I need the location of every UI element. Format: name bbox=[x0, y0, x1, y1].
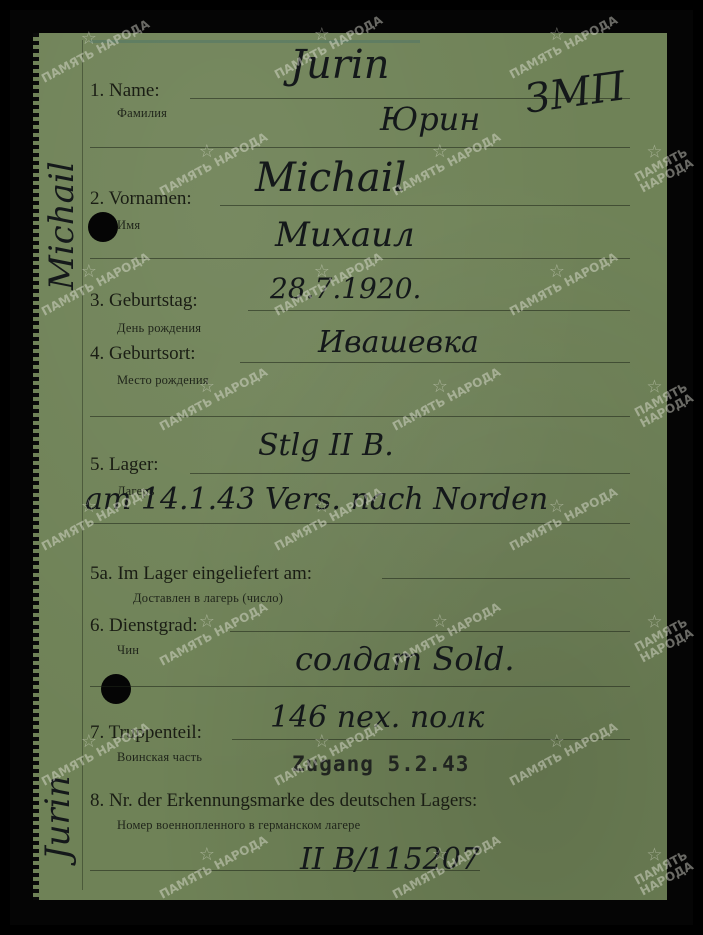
star-icon: ☆ bbox=[147, 146, 267, 158]
star-icon: ☆ bbox=[262, 29, 382, 41]
field-1-sublabel: Фамилия bbox=[117, 106, 167, 121]
star-icon: ☆ bbox=[612, 850, 697, 862]
field-4-value: Ивашевка bbox=[318, 325, 479, 360]
punch-hole-bottom bbox=[101, 674, 131, 704]
field-1-label: 1. Name: bbox=[90, 80, 160, 102]
field-6-rule-2 bbox=[90, 686, 630, 687]
star-icon: ☆ bbox=[147, 381, 267, 393]
star-icon: ☆ bbox=[497, 29, 617, 41]
field-5-rule bbox=[190, 473, 630, 474]
field-2-sublabel: Имя bbox=[117, 218, 140, 233]
field-3-rule bbox=[248, 310, 630, 311]
star-icon: ☆ bbox=[497, 501, 617, 513]
field-2-rule bbox=[220, 205, 630, 206]
field-5-value: Stlg II B. bbox=[258, 428, 394, 463]
star-icon: ☆ bbox=[612, 147, 697, 159]
star-icon: ☆ bbox=[497, 736, 617, 748]
field-4-rule bbox=[240, 362, 630, 363]
star-icon: ☆ bbox=[29, 266, 149, 278]
star-icon: ☆ bbox=[262, 501, 382, 513]
star-icon: ☆ bbox=[380, 849, 500, 861]
star-icon: ☆ bbox=[147, 616, 267, 628]
star-icon: ☆ bbox=[380, 146, 500, 158]
star-icon: ☆ bbox=[262, 736, 382, 748]
star-icon: ☆ bbox=[29, 501, 149, 513]
field-7-sublabel: Воинская часть bbox=[117, 750, 202, 765]
margin-annotation-bottom: Jurin bbox=[38, 775, 78, 860]
field-2-value: Michail bbox=[255, 155, 406, 201]
field-6-sublabel: Чин bbox=[117, 643, 139, 658]
star-icon: ☆ bbox=[612, 382, 697, 394]
star-icon: ☆ bbox=[29, 33, 149, 45]
field-5a-label: 5a. Im Lager eingeliefert am: bbox=[90, 563, 312, 585]
field-5a-rule bbox=[382, 578, 630, 579]
star-icon: ☆ bbox=[29, 736, 149, 748]
field-2-value-ru: Михаил bbox=[275, 215, 415, 255]
star-icon: ☆ bbox=[380, 381, 500, 393]
punch-hole-top bbox=[88, 212, 118, 242]
star-icon: ☆ bbox=[147, 849, 267, 861]
star-icon: ☆ bbox=[262, 266, 382, 278]
field-4-label: 4. Geburtsort: bbox=[90, 343, 196, 365]
star-icon: ☆ bbox=[612, 617, 697, 629]
star-icon: ☆ bbox=[380, 616, 500, 628]
field-3-sublabel: День рождения bbox=[117, 321, 201, 336]
field-8-label: 8. Nr. der Erkennungsmarke des deutschen… bbox=[90, 790, 477, 812]
field-5-label: 5. Lager: bbox=[90, 454, 159, 476]
star-icon: ☆ bbox=[497, 266, 617, 278]
field-3-label: 3. Geburtstag: bbox=[90, 290, 198, 312]
